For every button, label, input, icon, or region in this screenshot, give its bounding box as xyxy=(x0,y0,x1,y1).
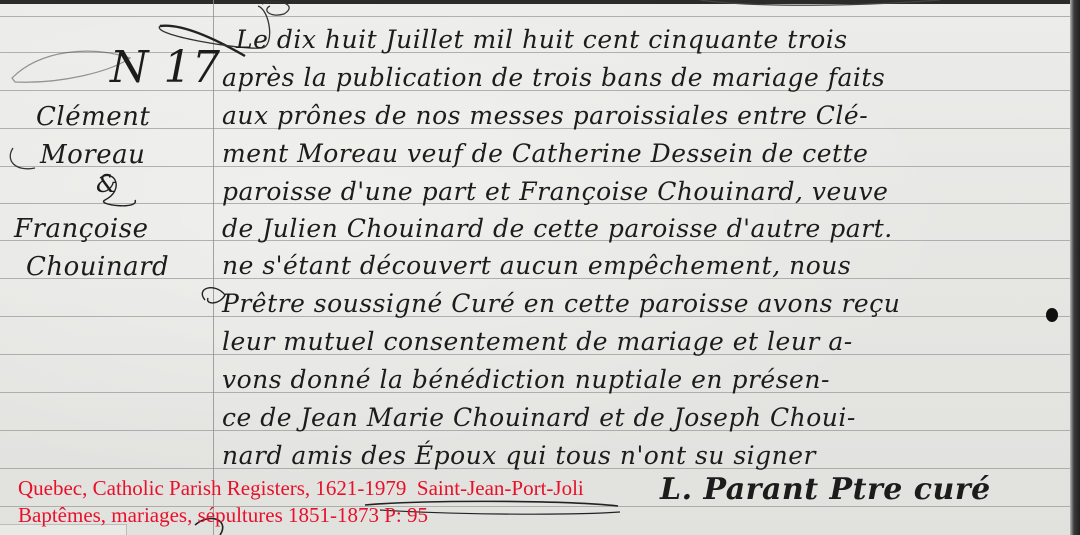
record-line-1: Le dix huit Juillet mil huit cent cinqua… xyxy=(236,25,848,54)
record-line-3: aux prônes de nos messes paroissiales en… xyxy=(222,101,868,130)
record-line-7: ne s'étant découvert aucun empêchement, … xyxy=(222,251,851,280)
record-line-11: ce de Jean Marie Chouinard et de Joseph … xyxy=(222,403,856,432)
record-line-5: paroisse d'une part et Françoise Chouina… xyxy=(222,177,888,206)
margin-groom-first-name: Clément xyxy=(36,102,150,132)
ruled-line xyxy=(0,16,1070,17)
register-page-scan: N 17 Clément Moreau & Françoise Chouinar… xyxy=(0,0,1080,535)
source-caption-line-1: Quebec, Catholic Parish Registers, 1621-… xyxy=(18,478,584,499)
ink-blot xyxy=(1046,308,1058,322)
priest-signature: L. Parant Ptre curé xyxy=(660,472,991,507)
source-caption-line-2: Baptêmes, mariages, sépultures 1851-1873… xyxy=(18,505,428,526)
margin-groom-surname: Moreau xyxy=(40,140,145,170)
margin-bride-first-name: Françoise xyxy=(14,214,148,244)
record-line-8: Prêtre soussigné Curé en cette paroisse … xyxy=(222,289,900,318)
page-right-edge xyxy=(1070,0,1080,535)
record-line-12: nard amis des Époux qui tous n'ont su si… xyxy=(222,441,816,470)
margin-bride-surname: Chouinard xyxy=(26,252,169,282)
record-line-9: leur mutuel consentement de mariage et l… xyxy=(222,327,853,356)
margin-ampersand: & xyxy=(96,170,118,198)
record-line-6: de Julien Chouinard de cette paroisse d'… xyxy=(222,214,893,243)
record-line-10: vons donné la bénédiction nuptiale en pr… xyxy=(222,365,830,394)
entry-number: N 17 xyxy=(110,42,220,93)
record-line-2: après la publication de trois bans de ma… xyxy=(222,63,885,92)
page-top-edge xyxy=(0,0,1080,4)
record-line-4: ment Moreau veuf de Catherine Dessein de… xyxy=(222,139,868,168)
